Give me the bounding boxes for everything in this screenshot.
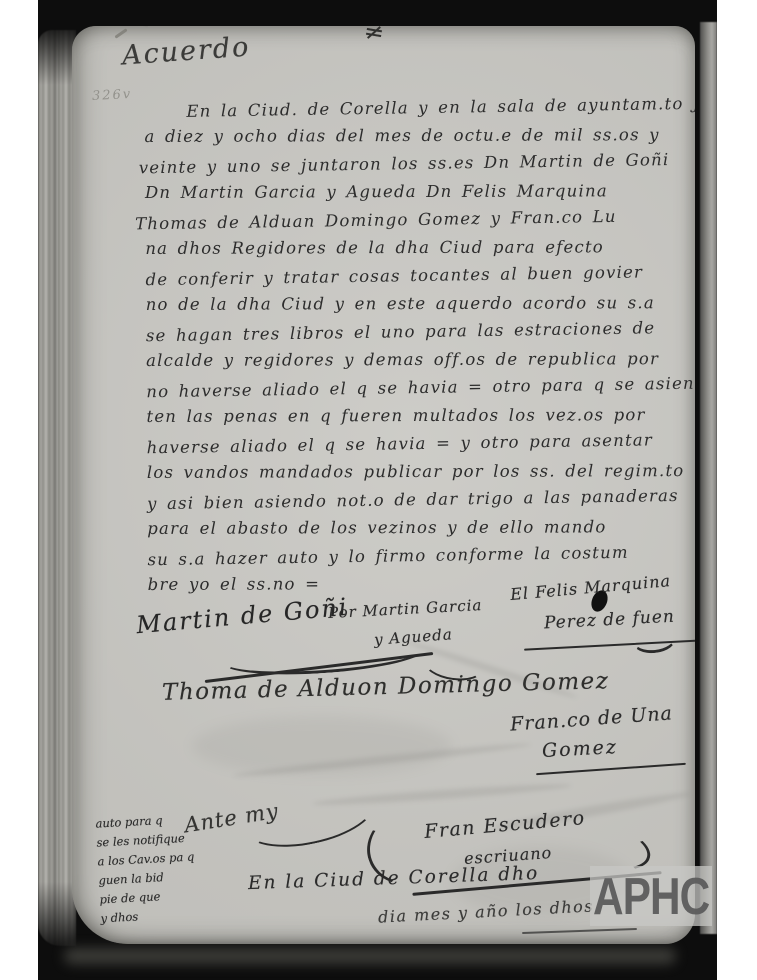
- pencil-scribble: [138, 26, 148, 28]
- aphc-watermark: APHC: [590, 866, 712, 926]
- underline-flourish: [522, 928, 637, 934]
- body-text: En la Ciud. de Corella y en la sala de a…: [144, 92, 695, 600]
- signature-garcia: Por Martin Garcia: [328, 596, 483, 622]
- rubric-flourish: [238, 775, 381, 858]
- pencil-scribble: [114, 28, 127, 38]
- collation-mark: ≠: [362, 26, 386, 47]
- signature-una-2: Gomez: [541, 736, 618, 762]
- margin-note-line: y dhos: [100, 904, 198, 928]
- photo-background: ≠ Acuerdo 326v En la Ciud. de Corella y …: [38, 0, 717, 980]
- margin-note: auto para q se les notifique a los Cav.o…: [95, 810, 198, 929]
- rubric-flourish: [536, 763, 686, 775]
- scanned-manuscript-photo: { "photo": { "watermark": "APHC" }, "pag…: [0, 0, 757, 980]
- book-spine-edge: [38, 30, 76, 946]
- aphc-watermark-text: APHC: [593, 866, 709, 926]
- facing-page-edge: [700, 22, 717, 934]
- signature-una: Fran.co de Una: [509, 702, 673, 735]
- book-bottom-edge: [64, 948, 676, 964]
- folio-number: 326v: [92, 87, 133, 104]
- manuscript-page: ≠ Acuerdo 326v En la Ciud. de Corella y …: [72, 26, 695, 944]
- page-title: Acuerdo: [121, 32, 251, 72]
